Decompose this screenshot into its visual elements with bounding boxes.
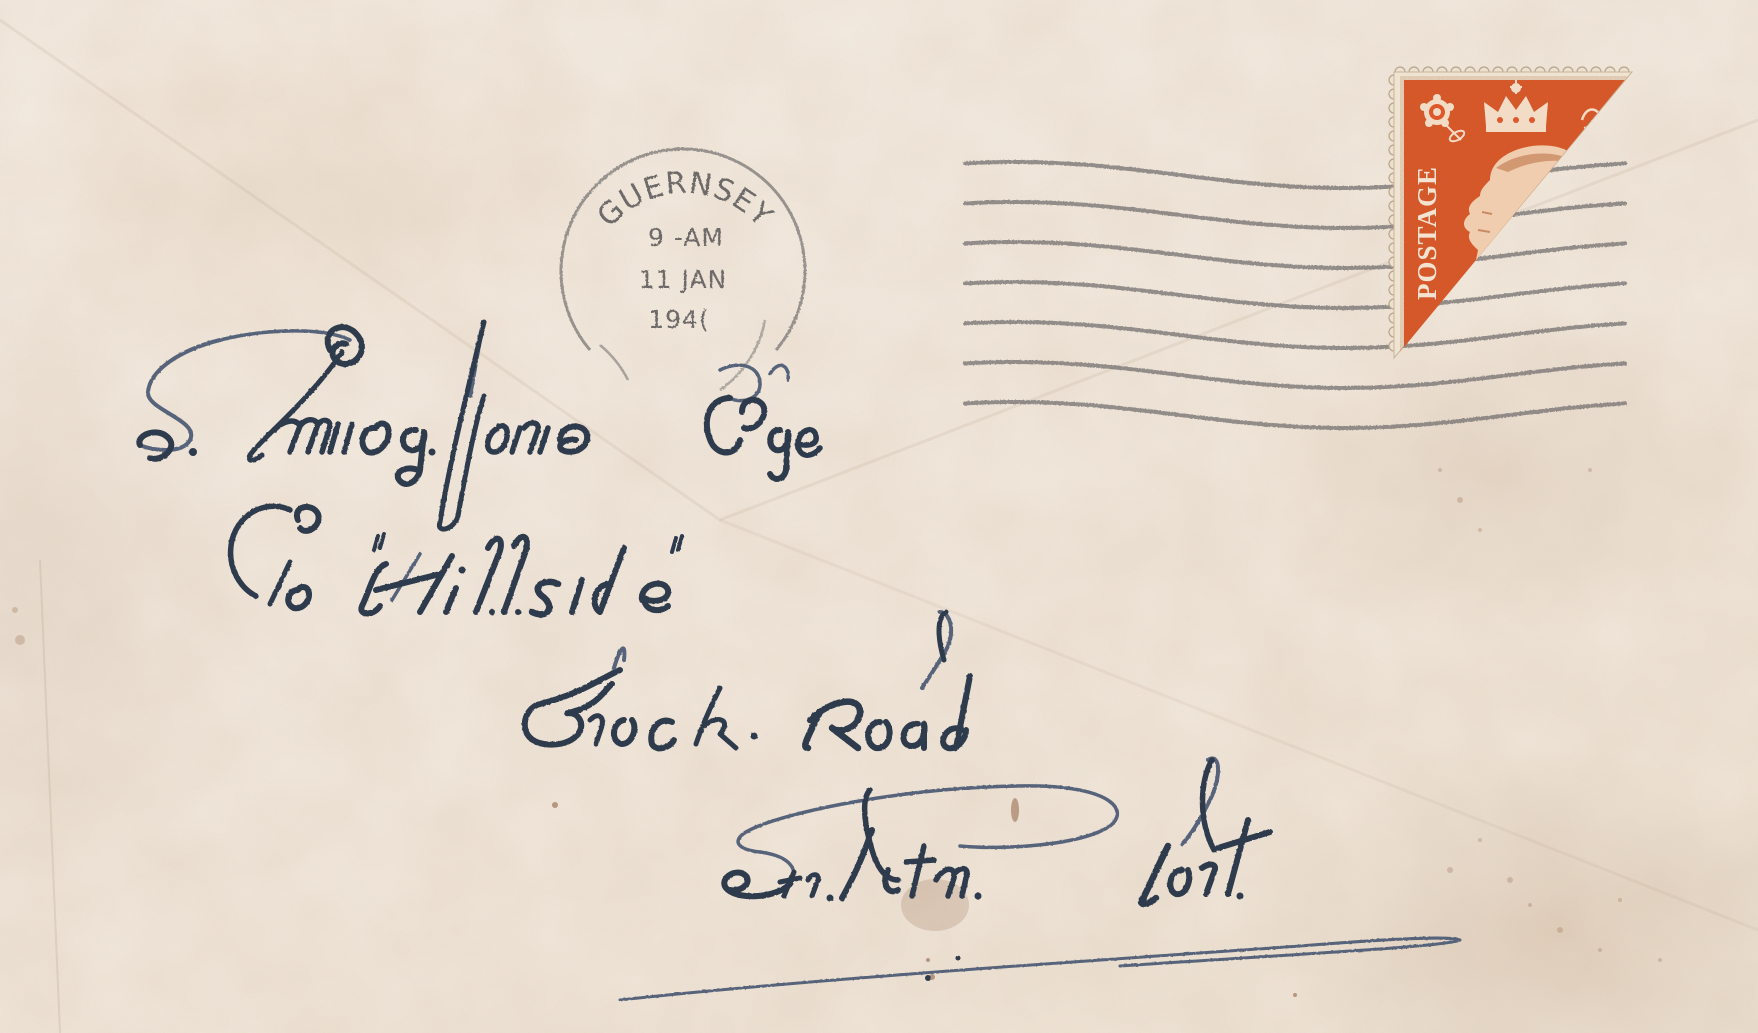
handwritten-address	[0, 0, 1758, 1033]
envelope: GUERNSEY 9 -AM 11 JAN 194(	[0, 0, 1758, 1033]
address-line-4	[620, 758, 1460, 1000]
address-line-1	[139, 322, 820, 529]
address-line-3	[525, 612, 970, 748]
